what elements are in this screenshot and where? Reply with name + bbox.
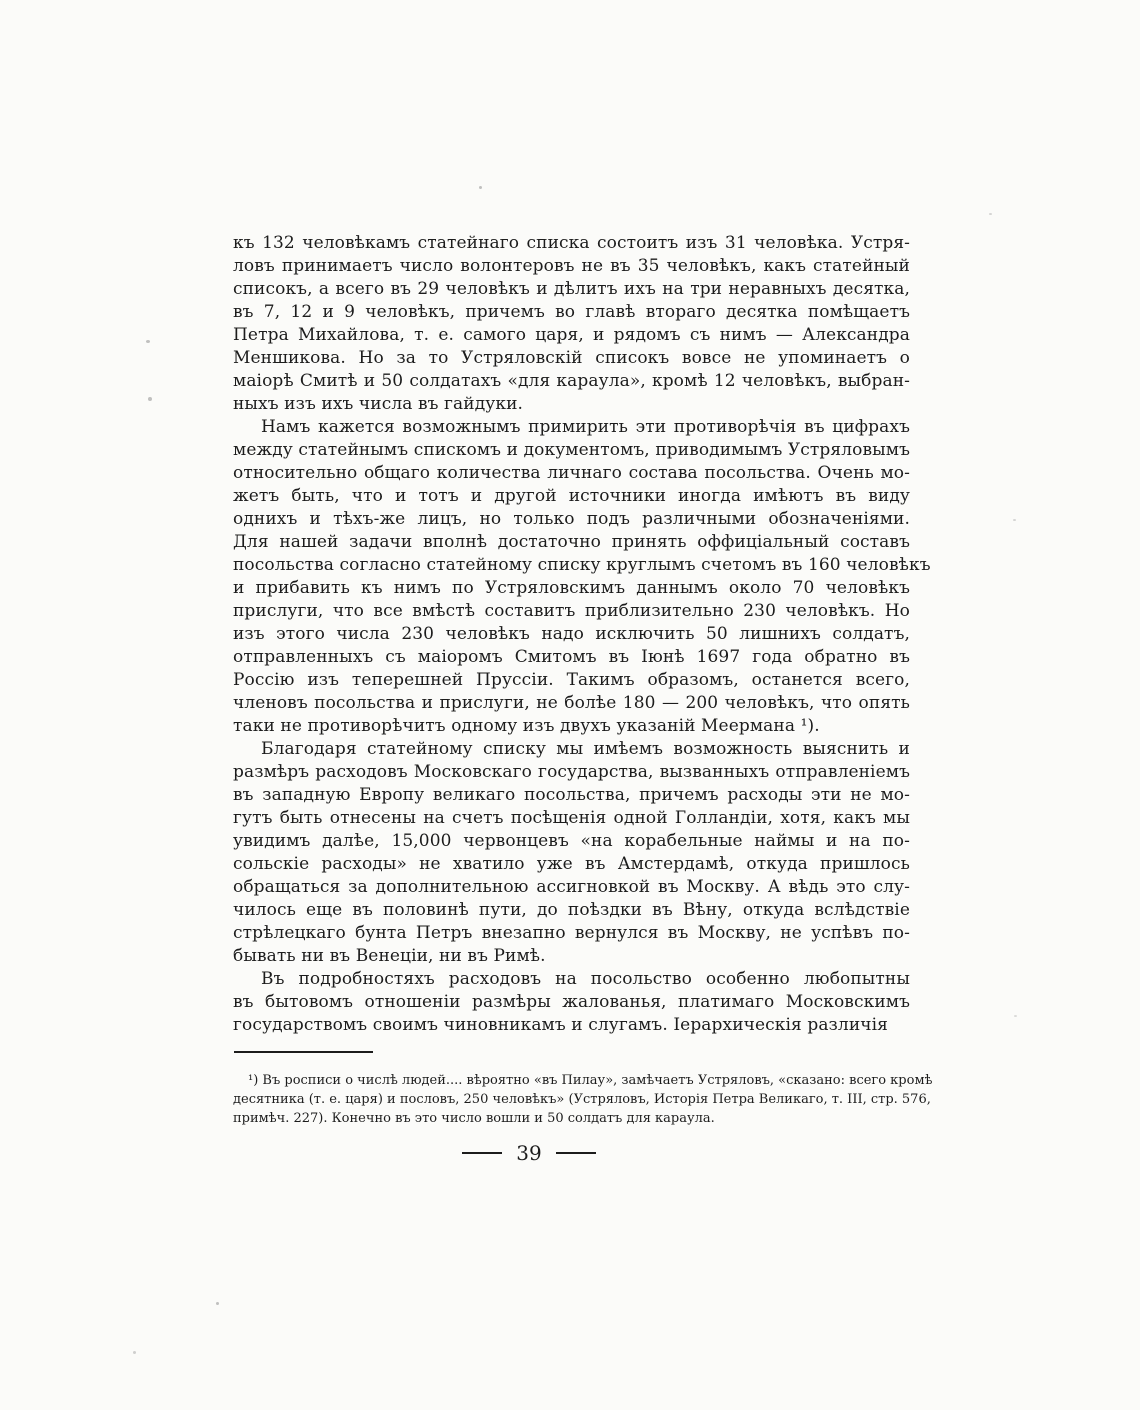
paragraph: ¹) Въ росписи о числѣ людей.... вѣроятно… (233, 1071, 911, 1128)
text-line: въ 7, 12 и 9 человѣкъ, причемъ во главѣ … (233, 301, 910, 324)
scan-speck (148, 397, 152, 401)
paragraph: Намъ кажется возможнымъ примирить эти пр… (233, 416, 910, 738)
scan-speck (133, 1351, 136, 1354)
scan-speck (1014, 1015, 1017, 1017)
body-text: къ 132 человѣкамъ статейнаго списка сост… (233, 232, 910, 1037)
scan-speck (1013, 519, 1016, 521)
text-line: гутъ быть отнесены на счетъ посѣщенія од… (233, 807, 910, 830)
footnote: ¹) Въ росписи о числѣ людей.... вѣроятно… (233, 1071, 911, 1128)
text-line: таки не противорѣчитъ одному изъ двухъ у… (233, 715, 910, 738)
scan-speck (146, 340, 150, 343)
text-line: посольства согласно статейному списку кр… (233, 554, 910, 577)
text-line: Для нашей задачи вполнѣ достаточно приня… (233, 531, 910, 554)
text-line: Въ подробностяхъ расходовъ на посольство… (233, 968, 910, 991)
text-line: къ 132 человѣкамъ статейнаго списка сост… (233, 232, 910, 255)
scan-speck (989, 213, 992, 215)
text-line: ловъ принимаетъ число волонтеровъ не въ … (233, 255, 910, 278)
text-line: списокъ, а всего въ 29 человѣкъ и дѣлитъ… (233, 278, 910, 301)
text-line: и прибавить къ нимъ по Устряловскимъ дан… (233, 577, 910, 600)
page-number-row: 39 (462, 1141, 596, 1165)
text-line: ныхъ изъ ихъ числа въ гайдуки. (233, 393, 910, 416)
text-line: обращаться за дополнительною ассигновкой… (233, 876, 910, 899)
text-line: размѣръ расходовъ Московскаго государств… (233, 761, 910, 784)
text-line: десятника (т. е. царя) и пословъ, 250 че… (233, 1090, 911, 1109)
text-line: увидимъ далѣе, 15,000 червонцевъ «на кор… (233, 830, 910, 853)
text-line: отправленныхъ съ маіоромъ Смитомъ въ Іюн… (233, 646, 910, 669)
page-number-right-rule (556, 1152, 596, 1154)
text-line: относительно общаго количества личнаго с… (233, 462, 910, 485)
text-line: въ бытовомъ отношеніи размѣры жалованья,… (233, 991, 910, 1014)
paragraph: къ 132 человѣкамъ статейнаго списка сост… (233, 232, 910, 416)
footnote-separator (234, 1051, 373, 1053)
page-number: 39 (516, 1141, 541, 1165)
text-line: между статейнымъ спискомъ и документомъ,… (233, 439, 910, 462)
text-line: однихъ и тѣхъ-же лицъ, но только подъ ра… (233, 508, 910, 531)
page-number-left-rule (462, 1152, 502, 1154)
text-line: Россію изъ теперешней Пруссіи. Такимъ об… (233, 669, 910, 692)
text-line: изъ этого числа 230 человѣкъ надо исключ… (233, 623, 910, 646)
text-line: жетъ быть, что и тотъ и другой источники… (233, 485, 910, 508)
text-line: Петра Михайлова, т. е. самого царя, и ря… (233, 324, 910, 347)
text-line: Меншикова. Но за то Устряловскій списокъ… (233, 347, 910, 370)
text-line: Благодаря статейному списку мы имѣемъ во… (233, 738, 910, 761)
text-line: прислуги, что все вмѣстѣ составитъ прибл… (233, 600, 910, 623)
text-line: примѣч. 227). Конечно въ это число вошли… (233, 1109, 911, 1128)
text-line: маіорѣ Смитѣ и 50 солдатахъ «для караула… (233, 370, 910, 393)
text-line: государствомъ своимъ чиновникамъ и слуга… (233, 1014, 910, 1037)
text-line: въ западную Европу великаго посольства, … (233, 784, 910, 807)
paragraph: Въ подробностяхъ расходовъ на посольство… (233, 968, 910, 1037)
scan-speck (479, 186, 482, 189)
document-page: къ 132 человѣкамъ статейнаго списка сост… (0, 0, 1140, 1410)
text-line: членовъ посольства и прислуги, не болѣе … (233, 692, 910, 715)
text-line: чилось еще въ половинѣ пути, до поѣздки … (233, 899, 910, 922)
paragraph: Благодаря статейному списку мы имѣемъ во… (233, 738, 910, 968)
text-line: сольскіе расходы» не хватило уже въ Амст… (233, 853, 910, 876)
scan-speck (216, 1302, 219, 1305)
text-line: стрѣлецкаго бунта Петръ внезапно вернулс… (233, 922, 910, 945)
text-line: ¹) Въ росписи о числѣ людей.... вѣроятно… (233, 1071, 911, 1090)
text-line: Намъ кажется возможнымъ примирить эти пр… (233, 416, 910, 439)
text-line: бывать ни въ Венеціи, ни въ Римѣ. (233, 945, 910, 968)
